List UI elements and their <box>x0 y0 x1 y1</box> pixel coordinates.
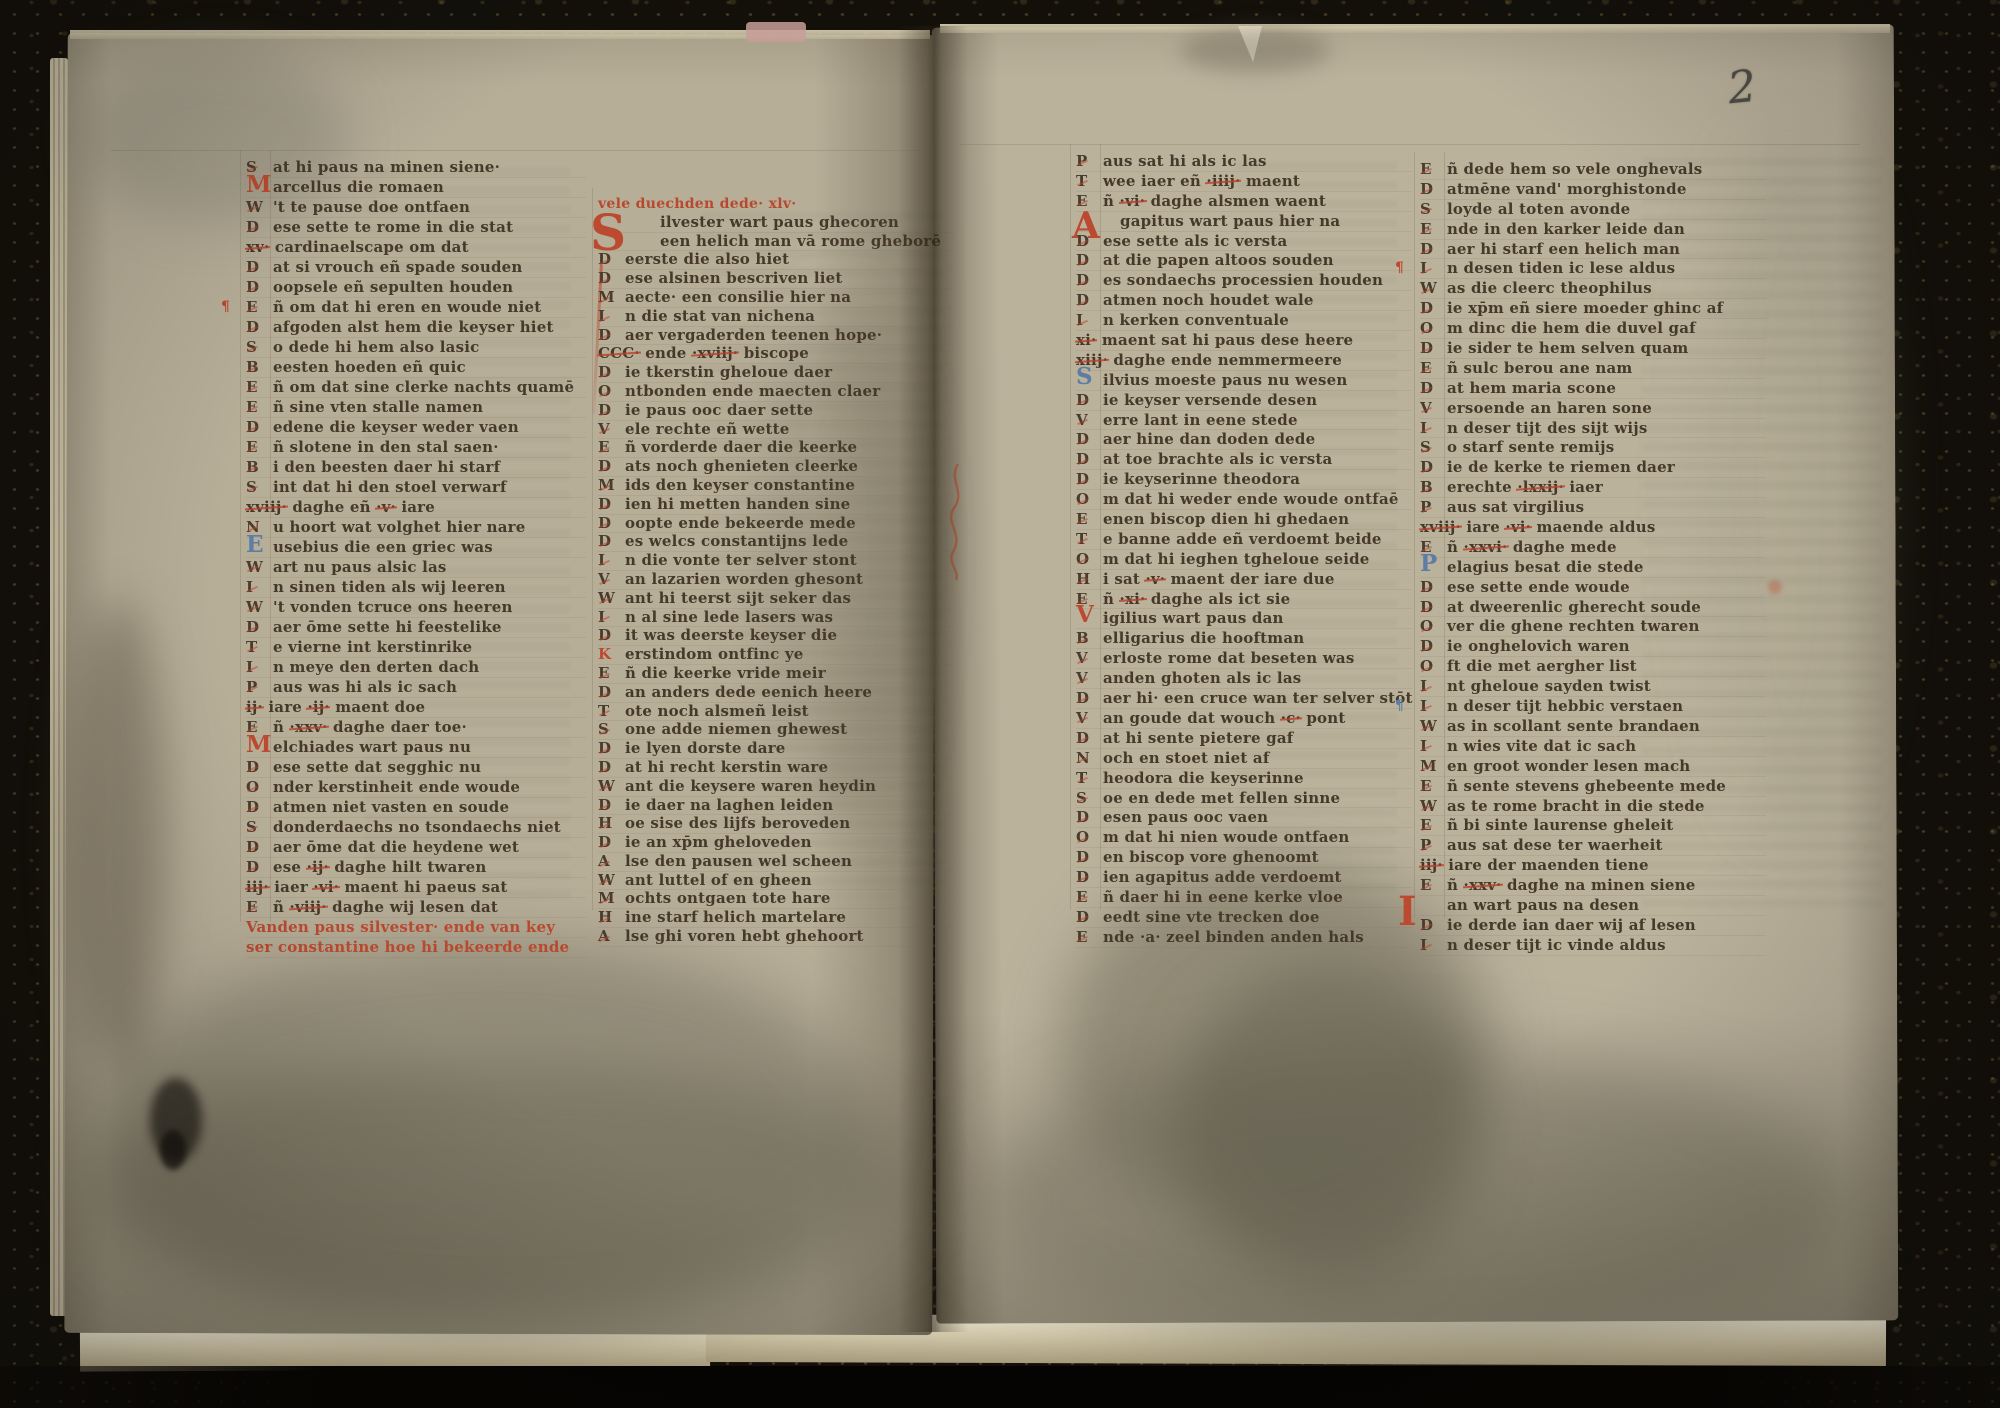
line-initial: M <box>598 890 615 908</box>
verse-line: Beesten hoeden eñ quic <box>246 358 586 378</box>
verse-line: Om dinc die hem die duvel gaf <box>1420 319 1766 339</box>
line-text: n die vonte ter selver stont <box>625 552 954 570</box>
line-text: aer hi starf een helich man <box>1447 240 1766 259</box>
line-initial: E <box>1076 888 1087 907</box>
line-text: ñ daer hi in eene kerke vloe <box>1103 888 1412 907</box>
text-segment: aus sat dese ter waerheit <box>1447 836 1663 854</box>
line-initial: V <box>598 571 610 589</box>
verse-line: Berechte ·lxxij· iaer <box>1420 478 1766 498</box>
verse-line: CCC· ende ·xviij· biscope <box>598 345 954 364</box>
line-text: en groot wonder lesen mach <box>1447 757 1766 776</box>
text-segment: ie tkerstin gheloue daer <box>625 363 832 381</box>
line-text: e banne adde eñ verdoemt beide <box>1103 530 1412 549</box>
line-text: anden ghoten als ic las <box>1103 669 1412 688</box>
verse-line: iij· iare der maenden tiene <box>1420 856 1766 876</box>
text-segment: ñ <box>273 898 290 916</box>
verse-line: Ende in den karker leide dan <box>1420 220 1766 240</box>
endband <box>746 22 806 42</box>
ruling-line <box>592 188 593 910</box>
ruling-line <box>960 144 1860 145</box>
text-segment: aus was hi als ic sach <box>273 678 457 696</box>
line-text: aer ōme dat die heydene wet <box>273 838 586 857</box>
line-initial: V <box>1076 606 1094 625</box>
verse-line: Kerstindom ontfinc ye <box>598 646 954 665</box>
line-text: Vanden paus silvester· ende van key <box>246 918 586 937</box>
line-text: eedt sine vte trecken doe <box>1103 908 1412 927</box>
text-segment: gapitus wart paus hier na <box>1120 212 1340 230</box>
line-initial: E <box>246 535 264 554</box>
verse-line: Die tkerstin gheloue daer <box>598 364 954 383</box>
line-text: ie xp̄m eñ siere moeder ghinc af <box>1447 299 1766 318</box>
text-segment: donderdaechs no tsondaechs niet <box>273 818 561 836</box>
rubric-line: Vanden paus silvester· ende van key <box>246 918 586 938</box>
line-initial: V <box>598 421 610 439</box>
verse-line: Vigilius wart paus dan <box>1076 609 1412 629</box>
verse-line: Datmen niet vasten en soude <box>246 798 586 818</box>
struck-numeral: iij· <box>1420 856 1443 874</box>
text-segment: maent <box>1241 172 1300 190</box>
line-text: atmen noch houdet wale <box>1103 291 1412 310</box>
line-text: ie tkerstin gheloue daer <box>625 364 954 382</box>
verse-line: Onder kerstinheit ende woude <box>246 778 586 798</box>
line-initial: T <box>1076 769 1087 788</box>
line-initial: W <box>246 558 263 577</box>
text-segment: an wart paus na desen <box>1447 896 1639 914</box>
verse-line: Dat die papen altoos souden <box>1076 251 1412 271</box>
verse-line: Silvester wart paus ghecoren <box>598 214 954 233</box>
text-segment: aer ōme dat die heydene wet <box>273 838 519 856</box>
line-initial: E <box>246 438 257 457</box>
line-text: i sat ·v· maent der iare due <box>1103 570 1412 589</box>
line-initial: I <box>598 308 605 326</box>
verse-line: Dien hi metten handen sine <box>598 496 954 515</box>
text-column-3: Paus sat hi als ic lasTwee iaer eñ ·iiij… <box>1076 152 1412 948</box>
line-initial: D <box>598 327 611 345</box>
text-segment: at toe brachte als ic versta <box>1103 450 1332 468</box>
line-text: arcellus die romaen <box>273 178 586 197</box>
text-segment: nder kerstinheit ende woude <box>273 778 520 796</box>
line-text: it was deerste keyser die <box>625 627 954 645</box>
line-text: at dweerenlic gherecht soude <box>1447 598 1766 617</box>
line-initial: D <box>246 418 259 437</box>
verse-line: Soe en dede met fellen sinne <box>1076 789 1412 809</box>
line-initial: D <box>1076 689 1089 708</box>
text-segment: nde ·a· zeel binden anden hals <box>1103 928 1364 946</box>
verse-line: ij· iare ·ij· maent doe <box>246 698 586 718</box>
text-segment: esen paus ooc vaen <box>1103 808 1268 826</box>
text-segment: daghe eñ <box>287 498 376 516</box>
verse-line: Eñ sine vten stalle namen <box>246 398 586 418</box>
verse-line: Want hi teerst sijt seker das <box>598 590 954 609</box>
line-text: och en stoet niet af <box>1103 749 1412 768</box>
text-segment: ids den keyser constantine <box>625 476 855 494</box>
verse-line: Dese sette te rome in die stat <box>246 218 586 238</box>
line-initial: O <box>1076 490 1089 509</box>
bottom-shadow <box>0 1366 2000 1408</box>
verse-line: Oft die met aergher list <box>1420 657 1766 677</box>
text-segment: maent der iare due <box>1165 570 1334 588</box>
line-initial: D <box>246 318 259 337</box>
line-text: e vierne int kerstinrike <box>273 638 586 657</box>
line-text: ñ ·xxvi· daghe mede <box>1447 538 1766 557</box>
line-initial: I <box>598 552 605 570</box>
text-segment: as die cleerc theophilus <box>1447 279 1652 297</box>
line-text: nde ·a· zeel binden anden hals <box>1103 928 1412 947</box>
struck-numeral: ·viij· <box>290 898 327 916</box>
text-segment: iare <box>263 698 308 716</box>
text-segment: Vanden paus silvester· ende van key <box>246 918 555 936</box>
line-text: aus sat hi als ic las <box>1103 152 1412 171</box>
text-segment: an anders dede eenich heere <box>625 683 872 701</box>
text-segment: ver die ghene rechten twaren <box>1447 617 1700 635</box>
line-initial: M <box>1420 757 1437 776</box>
struck-numeral: xviij· <box>246 498 287 516</box>
ruling-line <box>1414 152 1415 918</box>
verse-line: Eñ vorderde daer die keerke <box>598 439 954 458</box>
text-segment: maende aldus <box>1531 518 1655 536</box>
text-segment: maent sat hi paus dese heere <box>1096 331 1353 349</box>
text-segment: n deser tijt des sijt wijs <box>1447 419 1648 437</box>
line-initial: S <box>246 478 257 497</box>
line-text: ij· iare ·ij· maent doe <box>246 698 586 717</box>
verse-line: Tote noch alsmeñ leist <box>598 703 954 722</box>
struck-numeral: xv· <box>246 238 269 256</box>
verse-line: Eñ ·viij· daghe wij lesen dat <box>246 898 586 918</box>
struck-numeral: ·iiij· <box>1206 172 1240 190</box>
text-segment: elchiades wart paus nu <box>273 738 471 756</box>
verse-line: Eñ bi sinte laurense gheleit <box>1420 816 1766 836</box>
verse-line: Pelagius besat die stede <box>1420 558 1766 578</box>
text-segment: aus sat virgilius <box>1447 498 1584 516</box>
verse-line: Om dat hi nien woude ontfaen <box>1076 828 1412 848</box>
line-text: ochts ontgaen tote hare <box>625 890 954 908</box>
line-initial: D <box>246 838 259 857</box>
text-segment: ant hi teerst sijt seker das <box>625 589 851 607</box>
text-segment: daghe mede <box>1507 538 1616 556</box>
verse-line: Daer hi starf een helich man <box>1420 240 1766 260</box>
line-text: elligarius die hooftman <box>1103 629 1412 648</box>
text-segment: ie de kerke te riemen daer <box>1447 458 1675 476</box>
line-text: ine starf helich martelare <box>625 909 954 927</box>
line-text: eerste die also hiet <box>625 251 954 269</box>
text-segment: aer ōme sette hi feestelike <box>273 618 502 636</box>
line-text: m dat hi weder ende woude ontfaē <box>1103 490 1412 509</box>
text-segment: cardinaelscape om dat <box>269 238 468 256</box>
line-initial: D <box>246 858 259 877</box>
verse-line: Vanden ghoten als ic las <box>1076 669 1412 689</box>
text-segment: ntbonden ende maecten claer <box>625 382 880 400</box>
line-text: ñ ·viij· daghe wij lesen dat <box>273 898 586 917</box>
line-initial: D <box>246 278 259 297</box>
line-initial: W <box>246 198 263 217</box>
line-initial: P <box>1420 498 1431 517</box>
text-segment: ats noch ghenieten cleerke <box>625 457 858 475</box>
line-initial: D <box>1420 339 1433 358</box>
line-initial: E <box>1420 160 1431 179</box>
line-text: elagius besat die stede <box>1447 558 1766 577</box>
manuscript-photo: Sat hi paus na minen siene·Marcellus die… <box>0 0 2000 1408</box>
verse-line: Eñ sulc berou ane nam <box>1420 359 1766 379</box>
verse-line: Den biscop vore ghenoomt <box>1076 848 1412 868</box>
text-segment: at hi recht kerstin ware <box>625 758 828 776</box>
text-segment: ñ <box>1447 538 1464 556</box>
line-text: ese alsinen bescriven liet <box>625 270 954 288</box>
text-segment: ien agapitus adde verdoemt <box>1103 868 1342 886</box>
verse-line: Dats noch ghenieten cleerke <box>598 458 954 477</box>
line-initial: S <box>1076 789 1087 808</box>
text-segment: at hi paus na minen siene· <box>273 158 500 176</box>
text-segment: maent doe <box>330 698 425 716</box>
verse-line: Men groot wonder lesen mach <box>1420 757 1766 777</box>
verse-line: Mochts ontgaen tote hare <box>598 890 954 909</box>
text-segment: at die papen altoos souden <box>1103 251 1334 269</box>
line-initial: O <box>1076 828 1089 847</box>
verse-line: Dafgoden alst hem die keyser hiet <box>246 318 586 338</box>
verse-line: Eusebius die een griec was <box>246 538 586 558</box>
line-initial: I <box>1076 311 1083 330</box>
line-text: ie onghelovich waren <box>1447 637 1766 656</box>
struck-numeral: ·xi· <box>1120 590 1146 608</box>
line-text: esen paus ooc vaen <box>1103 808 1412 827</box>
verse-line: Desen paus ooc vaen <box>1076 808 1412 828</box>
verse-line: Dit was deerste keyser die <box>598 627 954 646</box>
line-initial: D <box>1420 379 1433 398</box>
line-text: ñ vorderde daer die keerke <box>625 439 954 457</box>
text-segment: iare <box>396 498 435 516</box>
verse-line: Wart nu paus alsic las <box>246 558 586 578</box>
line-initial: P <box>1076 152 1087 171</box>
text-segment: iare <box>1461 518 1506 536</box>
text-segment: ñ <box>273 718 290 736</box>
line-text: ñ ·xxv· daghe na minen siene <box>1447 876 1766 895</box>
line-text: xiij· daghe ende nemmermeere <box>1076 351 1412 370</box>
text-segment: ñ sulc berou ane nam <box>1447 359 1633 377</box>
line-text: ie paus ooc daer sette <box>625 402 954 420</box>
text-segment: ie daer na laghen leiden <box>625 796 833 814</box>
verse-line: Paus was hi als ic sach <box>246 678 586 698</box>
verse-line: Verloste rome dat beseten was <box>1076 649 1412 669</box>
line-text: ie keyserinne theodora <box>1103 470 1412 489</box>
text-segment: ant luttel of en gheen <box>625 871 812 889</box>
line-text: ese sette als ic versta <box>1103 232 1412 251</box>
text-segment: ese sette als ic versta <box>1103 232 1287 250</box>
verse-line: Dan anders dede eenich heere <box>598 684 954 703</box>
line-text: at hi paus na minen siene· <box>273 158 586 177</box>
verse-line: W't vonden tcruce ons heeren <box>246 598 586 618</box>
line-text: ien agapitus adde verdoemt <box>1103 868 1412 887</box>
line-text: as te rome bracht in die stede <box>1447 797 1766 816</box>
line-text: at hi sente pietere gaf <box>1103 729 1412 748</box>
verse-line: Eñ ·xxv· daghe daer toe· <box>246 718 586 738</box>
verse-line: In al sine lede lasers was <box>598 609 954 628</box>
paper-tear <box>1238 26 1262 62</box>
line-initial: D <box>598 834 611 852</box>
line-text: an lazarien worden ghesont <box>625 571 954 589</box>
verse-line: Des sondaechs processien houden <box>1076 271 1412 291</box>
text-segment: ine starf helich martelare <box>625 908 846 926</box>
line-initial: P <box>1420 836 1431 855</box>
verse-line: Daer ōme dat die heydene wet <box>246 838 586 858</box>
line-text: u hoort wat volghet hier nare <box>273 518 586 537</box>
text-segment: n sinen tiden als wij leeren <box>273 578 506 596</box>
line-text: donderdaechs no tsondaechs niet <box>273 818 586 837</box>
line-text: nt gheloue sayden twist <box>1447 677 1766 696</box>
line-text: at toe brachte als ic versta <box>1103 450 1412 469</box>
line-text: ñ bi sinte laurense gheleit <box>1447 816 1766 835</box>
line-text: eesten hoeden eñ quic <box>273 358 586 377</box>
verse-line: Datmen noch houdet wale <box>1076 291 1412 311</box>
line-text: erloste rome dat beseten was <box>1103 649 1412 668</box>
text-segment: as in scollant sente brandaen <box>1447 717 1700 735</box>
text-segment: lse den pausen wel scheen <box>625 852 852 870</box>
line-text: ie keyser versende desen <box>1103 391 1412 410</box>
verse-line: Eñ dede hem so vele onghevals <box>1420 160 1766 180</box>
line-text: m dinc die hem die duvel gaf <box>1447 319 1766 338</box>
verse-line: ¶In deser tijt hebbic verstaen <box>1420 697 1766 717</box>
verse-line: Was in scollant sente brandaen <box>1420 717 1766 737</box>
text-segment: m dat hi ieghen tgheloue seide <box>1103 550 1370 568</box>
line-initial: D <box>598 740 611 758</box>
struck-numeral: ·v· <box>376 498 396 516</box>
text-segment: n deser tijt hebbic verstaen <box>1447 697 1683 715</box>
text-segment: at si vrouch eñ spade souden <box>273 258 523 276</box>
line-initial: W <box>1420 279 1437 298</box>
line-text: ft die met aergher list <box>1447 657 1766 676</box>
line-initial: D <box>1076 391 1089 410</box>
line-initial: D <box>246 218 259 237</box>
verse-line: xv· cardinaelscape om dat <box>246 238 586 258</box>
verse-line: In meye den derten dach <box>246 658 586 678</box>
text-segment: ñ slotene in den stal saen· <box>273 438 499 456</box>
text-segment: o starf sente remijs <box>1447 438 1614 456</box>
verse-line: Die keyserinne theodora <box>1076 470 1412 490</box>
text-segment: ie xp̄m eñ siere moeder ghinc af <box>1447 299 1723 317</box>
verse-line: Verre lant in eene stede <box>1076 411 1412 431</box>
verse-line: Eñ om dat sine clerke nachts quamē <box>246 378 586 398</box>
verse-line: In deser tijt des sijt wijs <box>1420 419 1766 439</box>
line-text: es welcs constantijns lede <box>625 533 954 551</box>
text-segment: ele rechte eñ wette <box>625 420 790 438</box>
line-text: ñ ·xxv· daghe daer toe· <box>273 718 586 737</box>
struck-numeral: ·xxvi· <box>1464 538 1508 556</box>
line-initial: D <box>1076 470 1089 489</box>
line-text: at hi recht kerstin ware <box>625 759 954 777</box>
line-initial: M <box>246 175 271 194</box>
line-text: at die papen altoos souden <box>1103 251 1412 270</box>
text-segment: an goude dat wouch <box>1103 709 1281 727</box>
verse-line: Dese sette als ic versta <box>1076 232 1412 252</box>
verse-line: Des welcs constantijns lede <box>598 533 954 552</box>
text-segment: ilvester wart paus ghecoren <box>660 213 899 231</box>
verse-line: xviij· iare ·vi· maende aldus <box>1420 518 1766 538</box>
line-text: edene die keyser weder vaen <box>273 418 586 437</box>
verse-line: In sinen tiden als wij leeren <box>246 578 586 598</box>
line-text: ñ die keerke vride meir <box>625 665 954 683</box>
verse-line: Om dat hi ieghen tgheloue seide <box>1076 550 1412 570</box>
text-segment: lse ghi voren hebt ghehoort <box>625 927 864 945</box>
line-initial: D <box>598 515 611 533</box>
text-segment: nde in den karker leide dan <box>1447 220 1685 238</box>
line-initial: E <box>246 378 257 397</box>
text-segment: erstindom ontfinc ye <box>625 645 804 663</box>
verse-line: Van lazarien worden ghesont <box>598 571 954 590</box>
verse-line: Ende ·a· zeel binden anden hals <box>1076 928 1412 948</box>
text-segment: m dat hi weder ende woude ontfaē <box>1103 490 1399 508</box>
verse-line: Doopte ende bekeerde mede <box>598 515 954 534</box>
verse-line: Mids den keyser constantine <box>598 477 954 496</box>
line-initial: E <box>246 898 257 917</box>
line-text: wee iaer eñ ·iiij· maent <box>1103 172 1412 191</box>
paragraph-mark: ¶ <box>1395 697 1404 716</box>
struck-numeral: CCC· <box>598 344 640 362</box>
struck-numeral: ·vi· <box>1120 192 1146 210</box>
verse-line: Die paus ooc daer sette <box>598 402 954 421</box>
verse-line: Die lyen dorste dare <box>598 740 954 759</box>
text-segment: ese <box>273 858 307 876</box>
text-segment: ie keyserinne theodora <box>1103 470 1300 488</box>
line-text: ñ sente stevens ghebeente mede <box>1447 777 1766 796</box>
line-initial: M <box>598 289 615 307</box>
text-segment: och en stoet niet af <box>1103 749 1269 767</box>
text-segment: n wies vite dat ic sach <box>1447 737 1636 755</box>
line-initial: E <box>1420 876 1431 895</box>
line-initial: V <box>1076 669 1088 688</box>
verse-line: Over die ghene rechten twaren <box>1420 617 1766 637</box>
text-segment: ochts ontgaen tote hare <box>625 889 831 907</box>
verse-line: Was te rome bracht in die stede <box>1420 797 1766 817</box>
struck-numeral: ·xxv· <box>1464 876 1502 894</box>
line-text: 't te pause doe ontfaen <box>273 198 586 217</box>
text-column-1: Sat hi paus na minen siene·Marcellus die… <box>246 158 586 958</box>
line-text: ilvius moeste paus nu wesen <box>1103 371 1412 390</box>
verse-line: Sdonderdaechs no tsondaechs niet <box>246 818 586 838</box>
line-text: ats noch ghenieten cleerke <box>625 458 954 476</box>
line-initial: D <box>1420 578 1433 597</box>
line-text: int dat hi den stoel verwarf <box>273 478 586 497</box>
text-segment: ie keyser versende desen <box>1103 391 1317 409</box>
line-initial: D <box>1076 271 1089 290</box>
line-initial: D <box>598 684 611 702</box>
text-segment: anden ghoten als ic las <box>1103 669 1301 687</box>
line-text: erre lant in eene stede <box>1103 411 1412 430</box>
verse-line: Die sider te hem selven quam <box>1420 339 1766 359</box>
ruling-line <box>240 150 241 922</box>
line-initial: I <box>1420 419 1427 438</box>
line-initial: M <box>246 735 271 754</box>
line-initial: D <box>598 402 611 420</box>
verse-line: Was die cleerc theophilus <box>1420 279 1766 299</box>
line-initial: V <box>1076 649 1088 668</box>
line-initial: D <box>1076 450 1089 469</box>
line-initial: D <box>1420 180 1433 199</box>
line-text: ñ dede hem so vele onghevals <box>1447 160 1766 179</box>
line-initial: B <box>1420 478 1433 497</box>
verse-line: Dese alsinen bescriven liet <box>598 270 954 289</box>
text-segment: biscope <box>738 344 809 362</box>
line-initial: O <box>246 778 259 797</box>
line-text: n die stat van nichena <box>625 308 954 326</box>
line-text: oopsele eñ sepulten houden <box>273 278 586 297</box>
line-initial: D <box>598 627 611 645</box>
ruling-line <box>1070 144 1071 910</box>
line-text: nde in den karker leide dan <box>1447 220 1766 239</box>
line-initial: E <box>1420 220 1431 239</box>
line-text: usebius die een griec was <box>273 538 586 557</box>
text-segment: elagius besat die stede <box>1447 558 1644 576</box>
line-text: ids den keyser constantine <box>625 477 954 495</box>
verse-line: Versoende an haren sone <box>1420 399 1766 419</box>
line-text: nder kerstinheit ende woude <box>273 778 586 797</box>
